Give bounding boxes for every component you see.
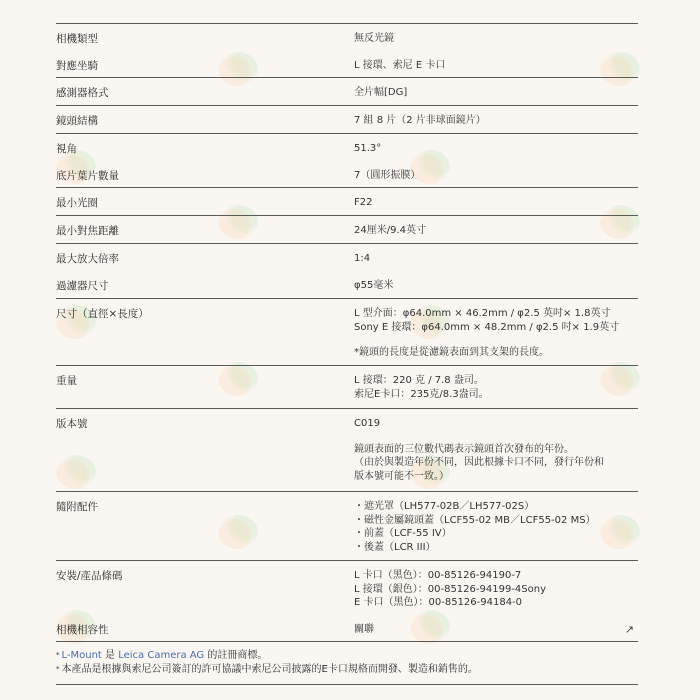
spec-value-line: φ55毫米 — [354, 279, 638, 293]
spec-value: 24厘米/9.4英寸 — [354, 224, 638, 238]
spec-group: 尺寸（直徑×長度） L 型介面：φ64.0mm × 46.2mm / φ2.5 … — [56, 298, 638, 365]
spec-value: L 卡口（黑色）：00-85126-94190-7 L 接環（銀色）：00-85… — [354, 569, 638, 610]
spec-group: 視角 51.3° 底片葉片數量 7（圓形振膜） — [56, 133, 638, 187]
spec-label: 視角 — [56, 142, 354, 156]
spec-row-accessories: 隨附配件 ・遮光罩（LH577-02B／LH577-02S） ・磁性金屬鏡頭蓋（… — [56, 496, 638, 558]
trademark-name: L-Mount — [62, 650, 102, 661]
spec-value: L 接環、索尼 E 卡口 — [354, 59, 638, 73]
spec-row-camera-type: 相機類型 無反光鏡 — [56, 28, 638, 55]
spec-page: 相機類型 無反光鏡 對應坐騎 L 接環、索尼 E 卡口 感測器格式 全片幅[DG… — [0, 0, 700, 700]
spec-row-weight: 重量 L 接環：220 克 / 7.8 盎司。 索尼E卡口：235克/8.3盎司… — [56, 370, 638, 405]
spec-label: 最小對焦距離 — [56, 224, 354, 238]
spec-row-angle-of-view: 視角 51.3° — [56, 138, 638, 165]
spec-row-max-magnification: 最大放大倍率 1:4 — [56, 248, 638, 275]
spec-value: 51.3° — [354, 142, 638, 156]
spec-value-line: 無反光鏡 — [354, 32, 638, 46]
spec-group: 相機類型 無反光鏡 對應坐騎 L 接環、索尼 E 卡口 — [56, 23, 638, 77]
spec-label: 相機相容性 — [56, 623, 354, 637]
spec-group: 最小對焦距離 24厘米/9.4英寸 — [56, 215, 638, 243]
spec-value: 7 組 8 片（2 片非球面鏡片） — [354, 114, 638, 128]
spec-value-line: C019 — [354, 417, 638, 431]
spec-label: 隨附配件 — [56, 500, 354, 514]
spec-value: ・遮光罩（LH577-02B／LH577-02S） ・磁性金屬鏡頭蓋（LCF55… — [354, 500, 638, 554]
spec-label: 尺寸（直徑×長度） — [56, 307, 354, 321]
spec-group: 重量 L 接環：220 克 / 7.8 盎司。 索尼E卡口：235克/8.3盎司… — [56, 365, 638, 408]
spec-label: 相機類型 — [56, 32, 354, 46]
spec-value-line: 7 組 8 片（2 片非球面鏡片） — [354, 114, 638, 128]
spec-value: 7（圓形振膜） — [354, 169, 638, 183]
footnote-text: 是 — [102, 650, 118, 661]
spec-row-dimensions: 尺寸（直徑×長度） L 型介面：φ64.0mm × 46.2mm / φ2.5 … — [56, 303, 638, 364]
spec-value-line: 全片幅[DG] — [354, 86, 638, 100]
spec-value: 無反光鏡 — [354, 32, 638, 46]
footnotes: *L-Mount 是 Leica Camera AG 的註冊商標。 *本產品是根… — [56, 641, 638, 685]
spec-value-line: F22 — [354, 196, 638, 210]
footnote-marker: * — [56, 665, 60, 673]
footnote-text: 的註冊商標。 — [204, 650, 267, 661]
spec-note-line: 鏡頭表面的三位數代碼表示鏡頭首次發布的年份。 — [354, 443, 638, 457]
spec-value-line: 24厘米/9.4英寸 — [354, 224, 638, 238]
spec-label: 對應坐騎 — [56, 59, 354, 73]
spec-value-line: L 型介面：φ64.0mm × 46.2mm / φ2.5 英吋× 1.8英寸 — [354, 307, 638, 321]
spec-value-line: 7（圓形振膜） — [354, 169, 638, 183]
spec-label: 鏡頭結構 — [56, 114, 354, 128]
footnote-trademark: *L-Mount 是 Leica Camera AG 的註冊商標。 — [56, 649, 638, 663]
compatibility-link[interactable]: 關聯 ↗ — [354, 623, 638, 637]
spec-value-line: Sony E 接環：φ64.0mm × 48.2mm / φ2.5 吋× 1.9… — [354, 321, 638, 335]
accessory-item: ・後蓋（LCR III） — [354, 541, 638, 555]
spec-value-line: 索尼E卡口：235克/8.3盎司。 — [354, 388, 638, 402]
spec-group: 鏡頭結構 7 組 8 片（2 片非球面鏡片） — [56, 105, 638, 133]
spacer — [354, 334, 638, 346]
barcode-line: L 接環（銀色）：00-85126-94199-4Sony — [354, 583, 638, 597]
spec-label: 感測器格式 — [56, 86, 354, 100]
spec-label: 過濾器尺寸 — [56, 279, 354, 293]
spec-label: 重量 — [56, 374, 354, 388]
spec-note: *鏡頭的長度是從濾鏡表面到其支架的長度。 — [354, 346, 638, 360]
spec-group: 版本號 C019 鏡頭表面的三位數代碼表示鏡頭首次發布的年份。 （由於與製造年份… — [56, 408, 638, 491]
spec-group: 安裝/產品條碼 L 卡口（黑色）：00-85126-94190-7 L 接環（銀… — [56, 560, 638, 641]
spec-value: 1:4 — [354, 252, 638, 266]
accessory-item: ・磁性金屬鏡頭蓋（LCF55-02 MB／LCF55-02 MS） — [354, 514, 638, 528]
spec-value: C019 鏡頭表面的三位數代碼表示鏡頭首次發布的年份。 （由於與製造年份不同，因… — [354, 417, 638, 483]
barcode-line: E 卡口（黑色）：00-85126-94184-0 — [354, 596, 638, 610]
accessory-item: ・遮光罩（LH577-02B／LH577-02S） — [354, 500, 638, 514]
footnote-license: *本產品是根據與索尼公司簽訂的許可協議中索尼公司披露的E卡口規格而開發、製造和銷… — [56, 663, 638, 677]
footnote-text: 本產品是根據與索尼公司簽訂的許可協議中索尼公司披露的E卡口規格而開發、製造和銷售… — [62, 664, 478, 675]
compatibility-link-label[interactable]: 關聯 — [354, 623, 374, 637]
spec-value-line: 51.3° — [354, 142, 638, 156]
spec-value: φ55毫米 — [354, 279, 638, 293]
spec-label: 最大放大倍率 — [56, 252, 354, 266]
spec-value: F22 — [354, 196, 638, 210]
spec-value-line: L 接環、索尼 E 卡口 — [354, 59, 638, 73]
spec-row-version: 版本號 C019 鏡頭表面的三位數代碼表示鏡頭首次發布的年份。 （由於與製造年份… — [56, 413, 638, 487]
external-link-icon[interactable]: ↗ — [625, 623, 634, 637]
brand-name: Leica Camera AG — [118, 650, 204, 661]
spec-label: 最小光圈 — [56, 196, 354, 210]
footnote-marker: * — [56, 651, 60, 659]
spec-label: 底片葉片數量 — [56, 169, 354, 183]
spec-value-line: 1:4 — [354, 252, 638, 266]
spec-value-line: L 接環：220 克 / 7.8 盎司。 — [354, 374, 638, 388]
spec-group: 最大放大倍率 1:4 過濾器尺寸 φ55毫米 — [56, 243, 638, 298]
spec-value: L 接環：220 克 / 7.8 盎司。 索尼E卡口：235克/8.3盎司。 — [354, 374, 638, 401]
spec-table: 相機類型 無反光鏡 對應坐騎 L 接環、索尼 E 卡口 感測器格式 全片幅[DG… — [56, 23, 638, 685]
spec-value: L 型介面：φ64.0mm × 46.2mm / φ2.5 英吋× 1.8英寸 … — [354, 307, 638, 360]
spacer — [354, 431, 638, 443]
spec-label: 安裝/產品條碼 — [56, 569, 354, 583]
spec-group: 感測器格式 全片幅[DG] — [56, 77, 638, 105]
spec-note-line: 版本號可能不一致。） — [354, 470, 638, 484]
spec-row-barcodes: 安裝/產品條碼 L 卡口（黑色）：00-85126-94190-7 L 接環（銀… — [56, 565, 638, 614]
barcode-line: L 卡口（黑色）：00-85126-94190-7 — [354, 569, 638, 583]
spec-note-line: （由於與製造年份不同，因此根據卡口不同，發行年份和 — [354, 456, 638, 470]
accessory-item: ・前蓋（LCF-55 IV） — [354, 527, 638, 541]
spec-group: 隨附配件 ・遮光罩（LH577-02B／LH577-02S） ・磁性金屬鏡頭蓋（… — [56, 491, 638, 560]
spec-value: 全片幅[DG] — [354, 86, 638, 100]
spec-group: 最小光圈 F22 — [56, 187, 638, 215]
spec-label: 版本號 — [56, 417, 354, 431]
